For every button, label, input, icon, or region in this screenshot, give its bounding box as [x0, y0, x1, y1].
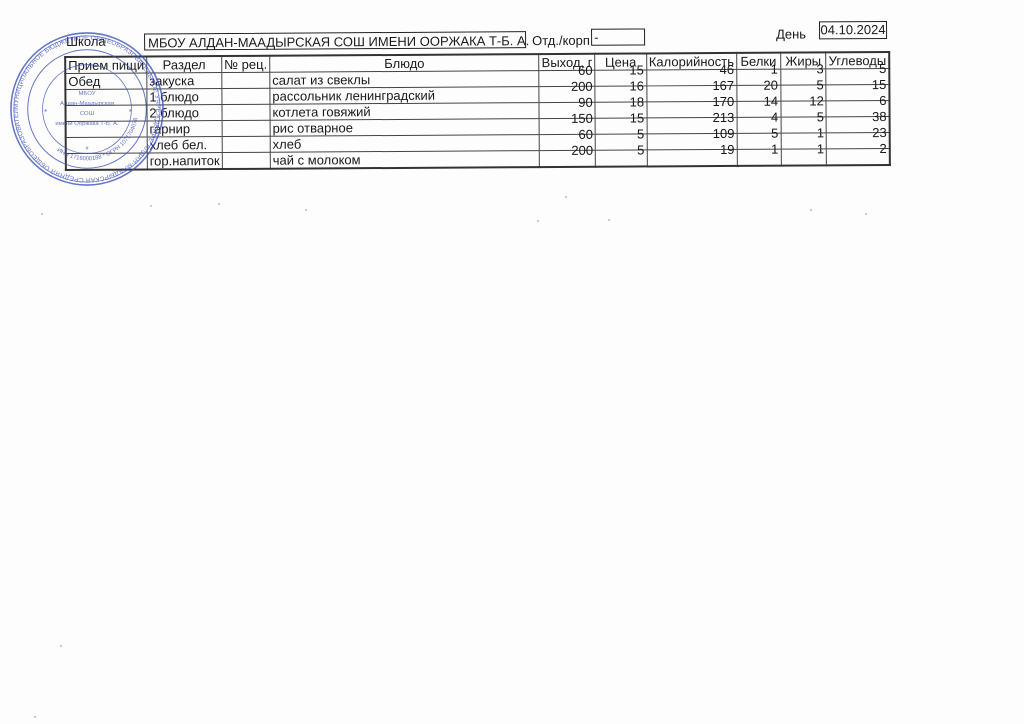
day-field: 04.10.2024 — [819, 21, 887, 39]
day-label: День — [776, 26, 806, 41]
fats-value: 1 — [817, 141, 824, 156]
school-name-field: МБОУ АЛДАН-МААДЫРСКАЯ СОШ ИМЕНИ ООРЖАКА … — [144, 31, 526, 50]
meal-cell — [65, 105, 146, 121]
yield-cell: 200 — [540, 150, 596, 167]
calories-value: 213 — [713, 110, 735, 125]
department-label: Отд./корп — [532, 33, 590, 48]
dish-cell: рассольник ленинградский — [270, 87, 540, 105]
recipe-cell — [222, 88, 270, 104]
yield-value: 60 — [578, 127, 593, 142]
menu-header: Школа МБОУ АЛДАН-МААДЫРСКАЯ СОШ ИМЕНИ ОО… — [64, 21, 890, 54]
recipe-cell — [222, 104, 270, 120]
yield-value: 60 — [578, 63, 593, 78]
recipe-cell — [222, 120, 270, 136]
fats-value: 5 — [817, 109, 824, 124]
svg-text:*: * — [44, 108, 47, 117]
col-header-meal: Прием пищи — [65, 56, 146, 73]
section-cell: 1 блюдо — [147, 89, 222, 105]
dish-cell: котлета говяжий — [270, 103, 540, 121]
meal-cell — [66, 153, 147, 170]
dish-cell: чай с молоком — [270, 151, 540, 169]
menu-table-body: Обедзакускасалат из свеклы6015461351 блю… — [65, 68, 890, 170]
col-header-recipe: № рец. — [222, 56, 270, 73]
proteins-cell: 1 — [737, 149, 781, 166]
fats-value: 3 — [816, 61, 823, 76]
proteins-value: 20 — [763, 78, 778, 93]
yield-value: 200 — [571, 79, 593, 94]
scanned-page: Школа МБОУ АЛДАН-МААДЫРСКАЯ СОШ ИМЕНИ ОО… — [0, 0, 1024, 724]
recipe-cell — [222, 136, 270, 152]
section-cell: закуска — [147, 73, 222, 89]
carbs-value: 38 — [872, 109, 887, 124]
dish-cell: хлеб — [270, 135, 540, 153]
fats-value: 12 — [809, 93, 824, 108]
department-field: - — [591, 28, 645, 45]
section-cell: гор.напиток — [147, 153, 222, 170]
recipe-cell — [222, 152, 270, 169]
scan-speck — [60, 645, 62, 647]
scan-speck — [865, 213, 867, 215]
menu-table: Прием пищи Раздел № рец. Блюдо Выход, г … — [64, 51, 891, 171]
section-cell: гарнир — [147, 121, 222, 137]
fats-value: 5 — [816, 77, 823, 92]
carbs-value: 6 — [879, 93, 886, 108]
carbs-value: 5 — [879, 61, 886, 76]
proteins-value: 5 — [771, 126, 778, 141]
carbs-value: 2 — [879, 141, 886, 156]
school-label: Школа — [66, 34, 106, 49]
meal-cell — [66, 121, 147, 137]
fats-value: 1 — [817, 125, 824, 140]
scan-speck — [150, 205, 152, 207]
price-value: 5 — [637, 126, 644, 141]
calories-value: 19 — [720, 142, 735, 157]
scan-speck — [218, 203, 220, 205]
scan-speck — [41, 213, 43, 215]
fats-cell: 1 — [781, 149, 827, 166]
calories-value: 170 — [712, 94, 734, 109]
proteins-value: 14 — [764, 94, 779, 109]
price-cell: 5 — [596, 150, 647, 167]
calories-value: 46 — [720, 62, 735, 77]
proteins-value: 4 — [771, 110, 778, 125]
yield-value: 200 — [571, 143, 593, 158]
yield-value: 90 — [578, 95, 593, 110]
section-cell: хлеб бел. — [147, 137, 222, 153]
scan-speck — [810, 209, 812, 211]
meal-cell — [65, 89, 146, 105]
scan-speck — [537, 220, 539, 222]
price-value: 18 — [630, 94, 645, 109]
calories-value: 167 — [712, 78, 734, 93]
dish-cell: салат из свеклы — [270, 71, 540, 89]
scan-speck — [608, 219, 610, 221]
price-value: 15 — [630, 110, 645, 125]
col-header-section: Раздел — [147, 56, 222, 73]
price-value: 15 — [629, 62, 644, 77]
menu-sheet: Школа МБОУ АЛДАН-МААДЫРСКАЯ СОШ ИМЕНИ ОО… — [64, 21, 890, 54]
price-value: 16 — [629, 78, 644, 93]
section-cell: 2 блюдо — [147, 105, 222, 121]
scan-speck — [565, 196, 567, 198]
calories-cell: 19 — [647, 149, 737, 166]
recipe-cell — [222, 72, 270, 88]
proteins-value: 1 — [771, 142, 778, 157]
meal-cell — [66, 137, 147, 153]
carbs-value: 23 — [872, 125, 887, 140]
scan-speck — [34, 716, 36, 718]
calories-value: 109 — [713, 126, 735, 141]
price-value: 5 — [637, 142, 644, 157]
col-header-dish: Блюдо — [270, 54, 540, 72]
carbs-value: 15 — [872, 77, 887, 92]
meal-cell: Обед — [65, 73, 146, 89]
carbs-cell: 2 — [827, 148, 890, 165]
proteins-value: 1 — [771, 62, 778, 77]
dish-cell: рис отварное — [270, 119, 540, 137]
yield-value: 150 — [571, 111, 593, 126]
scan-speck — [305, 209, 307, 211]
